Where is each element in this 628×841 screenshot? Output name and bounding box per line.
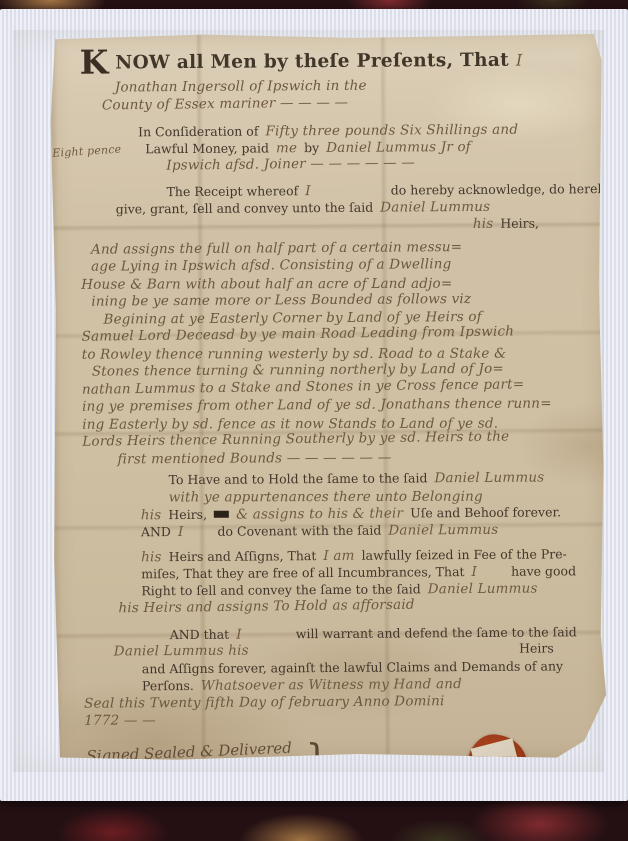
doc-line: with ye appurtenances there unto Belongi… xyxy=(83,487,591,506)
printed-text: will warrant and defend the ſame to the … xyxy=(296,624,577,641)
deed-paper: KNOW all Men by theſe Preſents, ThatIJon… xyxy=(49,31,606,762)
handwritten-text: I xyxy=(178,524,184,540)
handwritten-text: I xyxy=(471,563,477,579)
handwritten-text: Ipswich afsd. Joiner — — — — — — xyxy=(166,155,415,174)
handwritten-text: Daniel Lummus xyxy=(380,198,490,215)
printed-text: Heirs, xyxy=(168,506,207,521)
printed-text: do hereby acknowledge, do hereby xyxy=(391,181,613,198)
ink-mark xyxy=(214,510,229,517)
handwritten-text: I xyxy=(516,51,523,70)
printed-text: Uſe and Behoof forever. xyxy=(410,504,561,520)
handwritten-text: Daniel Lummus xyxy=(434,469,544,486)
handwritten-text: Samuel Lord Deceasd by ye main Road Lead… xyxy=(81,323,514,344)
printed-text: Heirs xyxy=(519,640,554,657)
printed-text: miſes, That they are free of all Incumbr… xyxy=(141,564,464,581)
handwritten-text: with ye appurtenances there unto Belongi… xyxy=(169,489,483,506)
handwritten-text: me xyxy=(276,140,297,156)
handwritten-text: his xyxy=(473,215,494,231)
handwritten-text: Lords Heirs thence Running Southerly by … xyxy=(82,429,509,450)
doc-line: AND thatIwill warrant and defend the ſam… xyxy=(84,623,592,644)
handwritten-text: nathan Lummus to a Stake and Stones in y… xyxy=(82,376,524,397)
doc-line: ing ye premises from other Land of ye sd… xyxy=(82,394,590,415)
printed-text: by xyxy=(304,140,319,155)
doc-line: hisHeirs, xyxy=(81,214,589,235)
doc-line: ANDIdo Covenant with the ſaidDaniel Lumm… xyxy=(83,520,591,541)
printed-text: AND xyxy=(141,524,171,539)
printed-text: have good xyxy=(511,563,576,578)
handwritten-text: House & Barn with about half an acre of … xyxy=(81,275,452,292)
printed-text: give, grant, ſell and convey unto the ſa… xyxy=(116,199,374,216)
handwritten-text: & assigns to his & their xyxy=(236,505,403,522)
handwritten-text: Daniel Lummus xyxy=(388,521,498,538)
handwritten-text: his Heirs and assigns To Hold as afforsa… xyxy=(118,596,414,616)
handwritten-text: I xyxy=(305,183,311,199)
printed-text: NOW all Men by theſe Preſents, That xyxy=(115,50,509,74)
doc-line: age Lying in Ipswich afsd. Consisting of… xyxy=(81,254,589,275)
handwritten-text: Daniel Lummus his xyxy=(114,643,249,660)
handwritten-text: I xyxy=(236,627,242,643)
document-lines: KNOW all Men by theſe Preſents, ThatIJon… xyxy=(80,45,593,729)
printed-text: Heirs, xyxy=(500,215,539,230)
doc-line: House & Barn with about half an acre of … xyxy=(81,274,589,293)
handwritten-text: 1772 — — xyxy=(84,713,156,729)
handwritten-text: I am xyxy=(323,547,354,563)
handwritten-text: ining be ye same more or Less Bounded as… xyxy=(91,291,471,310)
handwritten-text: County of Essex mariner — — — — xyxy=(102,94,349,113)
doc-line: The Receipt whereofIdo hereby acknowledg… xyxy=(81,180,589,201)
printed-text: In Conſideration of xyxy=(138,123,258,139)
handwritten-text: to Rowley thence running westerly by sd.… xyxy=(82,345,507,362)
doc-line: to Rowley thence running westerly by sd.… xyxy=(82,344,590,363)
doc-line: and Aſſigns forever, againſt the lawful … xyxy=(84,657,592,678)
printed-text: To Have and to Hold the ſame to the ſaid xyxy=(169,470,428,487)
doc-line: KNOW all Men by theſe Preſents, ThatI xyxy=(80,45,588,79)
doc-line: first mentioned Bounds — — — — — — xyxy=(82,447,590,468)
handwritten-text: his xyxy=(141,549,162,565)
handwritten-text: his xyxy=(141,507,162,523)
doc-line: To Have and to Hold the ſame to the ſaid… xyxy=(83,468,591,489)
printed-text: Heirs and Aſſigns, That xyxy=(169,548,317,564)
handwritten-text: first mentioned Bounds — — — — — — xyxy=(117,449,391,467)
handwritten-text: And assigns the full on half part of a c… xyxy=(91,239,462,258)
doc-line: 1772 — — xyxy=(84,710,592,729)
doc-line: Seal this Twenty fifth Day of february A… xyxy=(84,691,592,712)
printed-text: do Covenant with the ſaid xyxy=(217,522,381,538)
printed-text: The Receipt whereof xyxy=(167,183,299,199)
printed-text: lawfully ſeized in Fee of the Pre- xyxy=(362,546,567,562)
handwritten-text: Fifty three pounds Six Shillings and xyxy=(265,122,518,140)
handwritten-text: Seal this Twenty fifth Day of february A… xyxy=(84,693,445,712)
printed-text: Perſons. xyxy=(142,677,194,692)
document-content: KNOW all Men by theſe Preſents, ThatIJon… xyxy=(49,31,607,839)
handwritten-text: ing ye premises from other Land of ye sd… xyxy=(82,395,552,414)
photo-scene: { "colors": { "paper": "#d0c1a6", "print… xyxy=(0,0,628,841)
printed-text: Lawful Money, paid xyxy=(145,140,269,156)
handwritten-text: Whatsoever as Witness my Hand and xyxy=(201,676,462,694)
printed-text: and Aſſigns forever, againſt the lawful … xyxy=(142,658,563,676)
drop-cap: K xyxy=(80,43,109,82)
handwritten-text: age Lying in Ipswich afsd. Consisting of… xyxy=(91,256,452,275)
printed-text: AND that xyxy=(170,627,230,642)
